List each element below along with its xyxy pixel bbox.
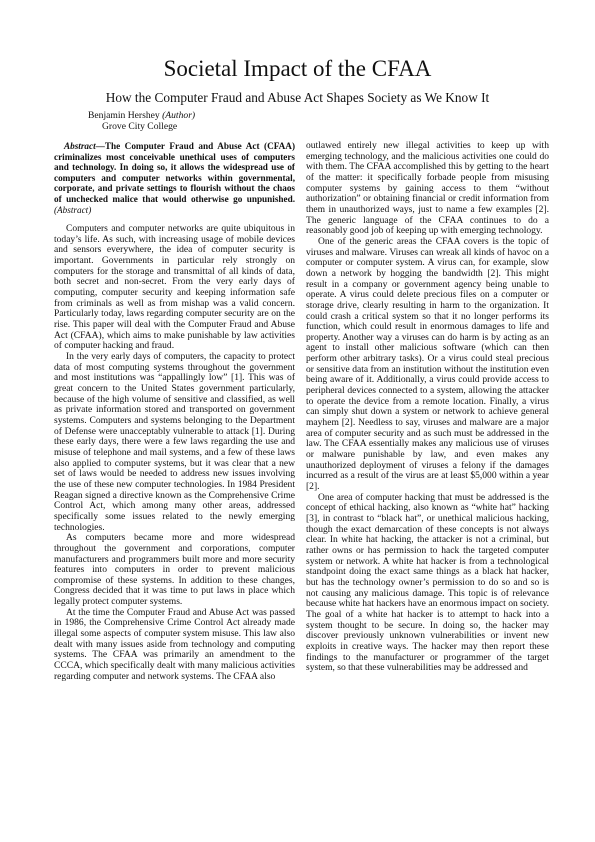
body-paragraph: One of the generic areas the CFAA covers… xyxy=(306,237,549,493)
abstract-dash: — xyxy=(96,141,105,151)
abstract-tag: (Abstract) xyxy=(54,205,91,215)
paper-subtitle: How the Computer Fraud and Abuse Act Sha… xyxy=(0,90,595,106)
left-column: Abstract—The Computer Fraud and Abuse Ac… xyxy=(54,141,295,682)
body-paragraph: Computers and computer networks are quit… xyxy=(54,224,295,352)
author-name: Benjamin Hershey xyxy=(88,110,160,121)
body-paragraph: As computers became more and more widesp… xyxy=(54,533,295,608)
abstract: Abstract—The Computer Fraud and Abuse Ac… xyxy=(54,141,295,215)
body-paragraph: One area of computer hacking that must b… xyxy=(306,493,549,674)
paper-title: Societal Impact of the CFAA xyxy=(0,55,595,83)
author-line: Benjamin Hershey (Author) xyxy=(88,110,228,121)
author-affiliation: Grove City College xyxy=(88,121,228,132)
right-column: outlawed entirely new illegal activities… xyxy=(306,141,549,674)
body-paragraph: At the time the Computer Fraud and Abuse… xyxy=(54,608,295,683)
author-block: Benjamin Hershey (Author) Grove City Col… xyxy=(88,110,228,132)
abstract-label: Abstract xyxy=(64,141,96,151)
body-paragraph: In the very early days of computers, the… xyxy=(54,352,295,533)
body-paragraph-continued: outlawed entirely new illegal activities… xyxy=(306,141,549,237)
author-role: (Author) xyxy=(162,110,195,121)
